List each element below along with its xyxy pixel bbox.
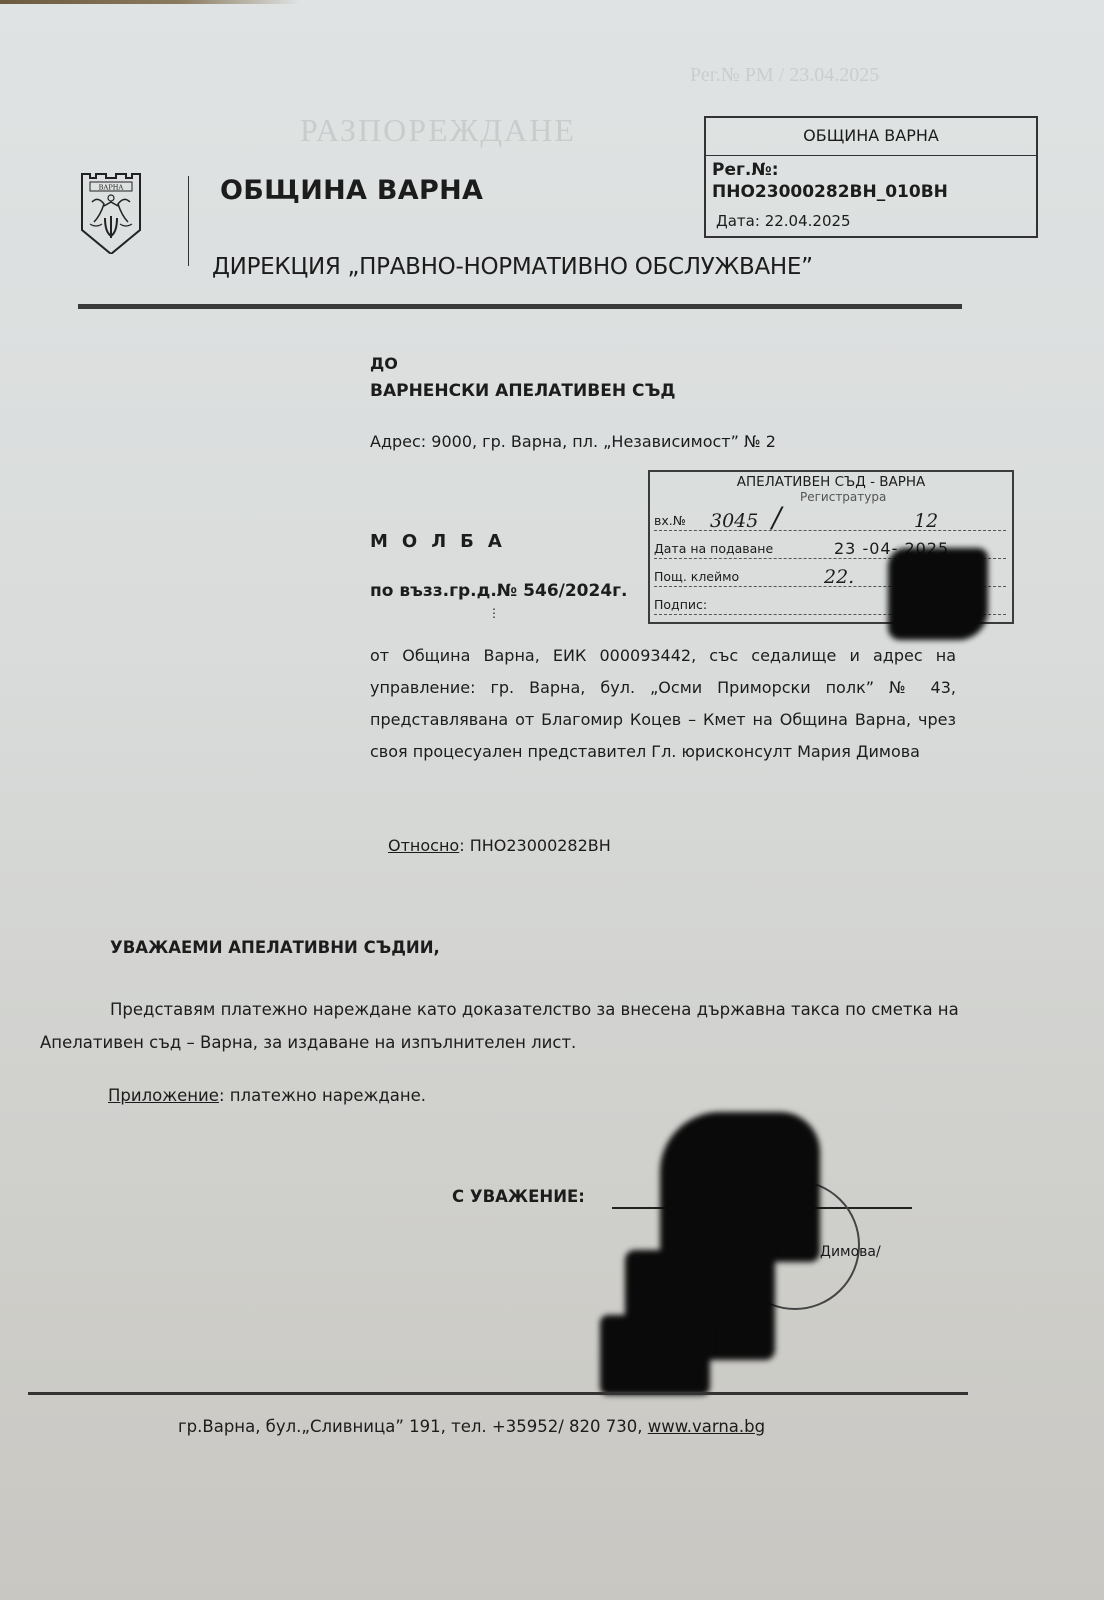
footer-address: гр.Варна, бул.„Сливница” 191, тел. +3595… xyxy=(178,1417,648,1436)
body-paragraph-text: Представям платежно нареждане като доказ… xyxy=(40,1000,959,1052)
redaction-stamp xyxy=(888,548,988,640)
redaction-signature-top xyxy=(660,1112,820,1262)
stamp-postmark-value: 22. xyxy=(824,566,854,588)
header-rule xyxy=(78,304,962,309)
ghost-heading: РАЗПОРЕЖДАНЕ xyxy=(300,112,576,149)
svg-text:ВАРНА: ВАРНА xyxy=(99,184,124,192)
stamp-slash: / xyxy=(772,501,781,534)
regarding-value: : ПНО23000282ВН xyxy=(459,836,611,855)
redaction-signature-tail xyxy=(600,1315,710,1395)
footer-contact: гр.Варна, бул.„Сливница” 191, тел. +3595… xyxy=(178,1417,765,1436)
ghost-text-top: Рег.№ РМ / 23.04.2025 xyxy=(690,64,879,87)
desk-edge xyxy=(0,0,300,4)
annex-line: Приложение: платежно нареждане. xyxy=(108,1086,426,1105)
addressee-court: ВАРНЕНСКИ АПЕЛАТИВЕН СЪД xyxy=(370,381,676,401)
dots-mark: ⋮ xyxy=(488,606,500,620)
closing-regards: С УВАЖЕНИЕ: xyxy=(452,1187,585,1206)
stamp-incoming-suffix: 12 xyxy=(914,510,938,532)
stamp-incoming-row: вх.№ 3045 / 12 xyxy=(654,508,1006,531)
stamp-heading: АПЕЛАТИВЕН СЪД - ВАРНА xyxy=(650,474,1012,490)
addressee-to: ДО xyxy=(370,354,398,373)
directorate-title: ДИРЕКЦИЯ „ПРАВНО-НОРМАТИВНО ОБСЛУЖВАНЕ” xyxy=(212,254,813,280)
registration-date: Дата: 22.04.2025 xyxy=(716,212,851,230)
body-paragraph: Представям платежно нареждане като доказ… xyxy=(40,993,960,1059)
registration-org: ОБЩИНА ВАРНА xyxy=(706,126,1036,145)
registration-date-value: 22.04.2025 xyxy=(765,212,851,230)
registration-label: Рег.№: xyxy=(712,160,779,180)
stamp-subheading: Регистратура xyxy=(800,490,886,504)
stamp-signature-label: Подпис: xyxy=(654,597,707,612)
stamp-incoming-value: 3045 xyxy=(710,510,758,532)
stamp-filing-date-label: Дата на подаване xyxy=(654,541,773,556)
organization-title: ОБЩИНА ВАРНА xyxy=(220,175,483,206)
annex-label: Приложение xyxy=(108,1086,219,1105)
footer-website-link[interactable]: www.varna.bg xyxy=(648,1417,765,1436)
addressee-address: Адрес: 9000, гр. Варна, пл. „Независимос… xyxy=(370,432,776,451)
registration-number: ПНО23000282ВН_010ВН xyxy=(712,182,948,202)
stamp-incoming-label: вх.№ xyxy=(654,513,686,528)
varna-coat-of-arms-icon: ВАРНА xyxy=(80,172,142,254)
sender-paragraph: от Община Варна, ЕИК 000093442, със седа… xyxy=(370,640,956,768)
annex-value: : платежно нареждане. xyxy=(219,1086,426,1105)
case-number: по възз.гр.д.№ 546/2024г. xyxy=(370,581,628,601)
salutation: УВАЖАЕМИ АПЕЛАТИВНИ СЪДИИ, xyxy=(110,938,440,957)
regarding-line: Относно: ПНО23000282ВН xyxy=(388,836,611,855)
logo-divider xyxy=(188,176,189,266)
regarding-label: Относно xyxy=(388,836,459,855)
registration-box: ОБЩИНА ВАРНА Рег.№: ПНО23000282ВН_010ВН … xyxy=(704,116,1038,238)
document-title: МОЛБА xyxy=(370,531,516,552)
registration-rule xyxy=(706,155,1036,156)
registration-date-label: Дата: xyxy=(716,212,760,230)
stamp-postmark-label: Пощ. клеймо xyxy=(654,569,739,584)
footer-rule xyxy=(28,1392,968,1395)
signer-name: Димова/ xyxy=(820,1244,881,1260)
